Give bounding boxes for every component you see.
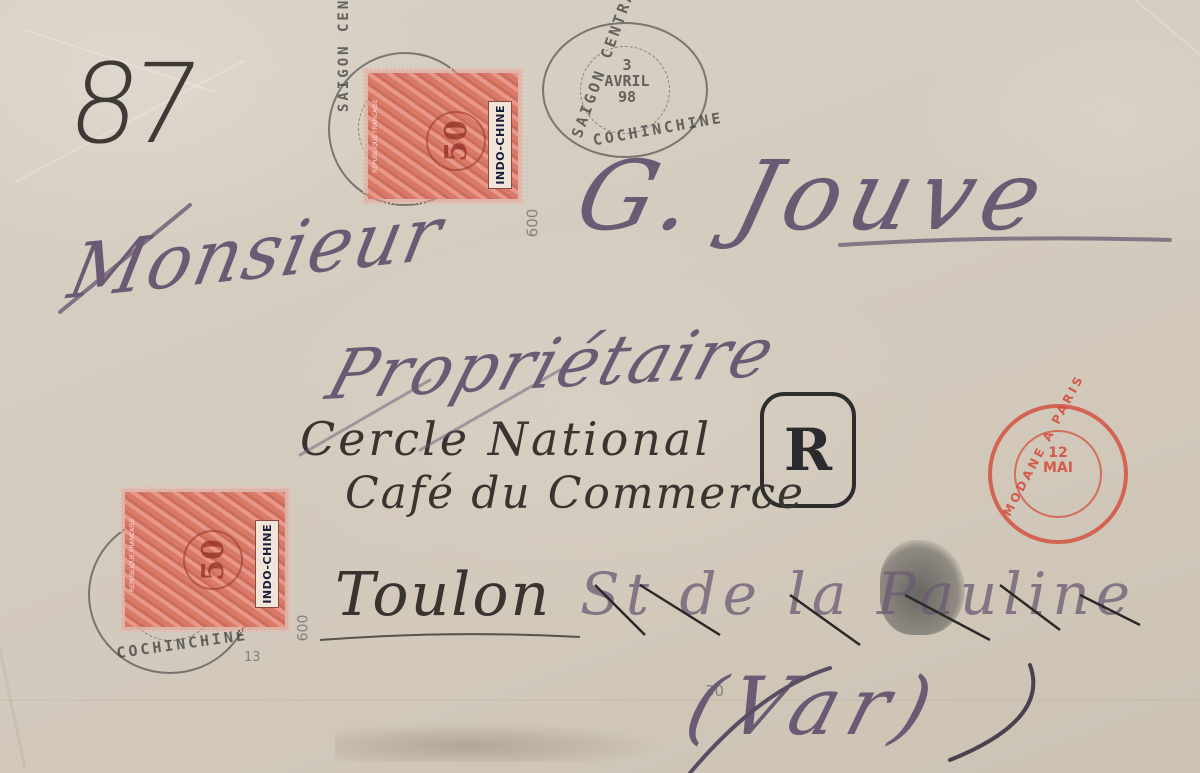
stamp-bottom: REPUBLIQUE FRANCAISE 50 INDO-CHINE: [125, 492, 285, 627]
postmark-month: MAI: [1028, 461, 1088, 476]
ink-smudge: [335, 722, 665, 762]
address-line2: Café du Commerce: [345, 468, 805, 519]
paper-crease: [1098, 0, 1200, 73]
stamp-country-box: INDO-CHINE: [488, 101, 512, 189]
address-occupation: Propriétaire: [318, 313, 786, 417]
address-city: Toulon: [335, 560, 551, 630]
stamp-country-label: INDO-CHINE: [494, 105, 507, 185]
stamp-header: REPUBLIQUE FRANCAISE: [372, 79, 379, 193]
envelope: 87 SAIGON CENTRAL REPUBLIQUE FRANCAISE 5…: [0, 0, 1200, 773]
postmark-saigon-top-right: SAIGON CENTRAL COCHINCHINE 3 AVRIL 98: [542, 22, 708, 158]
address-salutation: Monsieur: [62, 189, 451, 316]
stamp-value: 50: [183, 530, 243, 590]
postmark-date: 3 AVRIL 98: [602, 58, 652, 105]
stamp-country-label: INDO-CHINE: [261, 524, 274, 604]
paper-crease: [0, 641, 26, 769]
address-name: G. Jouve: [566, 140, 1061, 252]
pencil-note: 600: [523, 209, 541, 238]
postmark-paris-red: MODANE A PARIS 12 MAI: [988, 404, 1128, 544]
numeral-annotation: 87: [61, 40, 199, 168]
address-line1: Cercle National: [300, 412, 712, 466]
postmark-date: 12 MAI: [1028, 446, 1088, 475]
stamp-country-box: INDO-CHINE: [255, 520, 279, 608]
address-struck-through: St de la Pauline: [580, 560, 1136, 628]
pencil-note: 600: [295, 615, 311, 642]
postmark-top-text: SAIGON CENTRAL: [336, 0, 352, 112]
pencil-note: 13: [244, 650, 261, 665]
postmark-year: 98: [602, 90, 652, 106]
address-department: (Var): [677, 660, 952, 753]
postmark-day: 12: [1028, 446, 1088, 461]
stamp-value: 50: [426, 111, 486, 171]
paper-crease: [0, 700, 1200, 701]
stamp-header: REPUBLIQUE FRANCAISE: [129, 498, 136, 612]
stamp-top: REPUBLIQUE FRANCAISE 50 INDO-CHINE: [368, 73, 518, 199]
